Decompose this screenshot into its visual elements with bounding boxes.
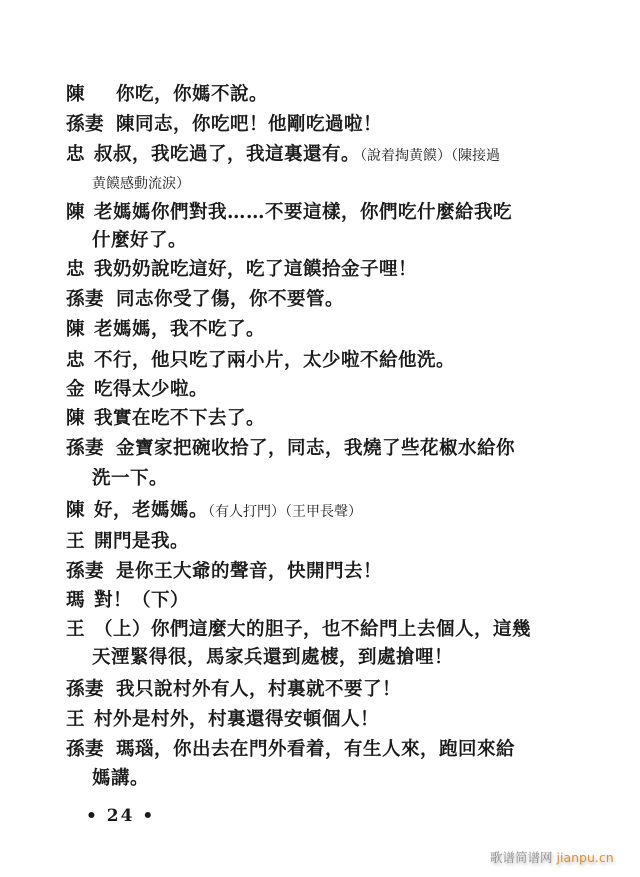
speech-continued: 洗一下。: [92, 467, 168, 491]
speech-continued: 什麼好了。: [92, 229, 187, 253]
speech-text: 你吃，你媽不說。: [116, 84, 268, 105]
dialogue-line: 陳老媽媽你們對我……不要這樣，你們吃什麼給我吃: [66, 201, 512, 225]
script-page: 陳你吃，你媽不說。 孫妻陳同志，你吃吧！他剛吃過啦！ 忠叔叔，我吃過了，我這裏還…: [0, 0, 640, 877]
dialogue-line: 王開門是我。: [66, 530, 189, 554]
speaker-name: 忠: [66, 349, 94, 373]
speech-text: 老媽媽，我不吃了。: [94, 319, 265, 340]
speaker-name: 金: [66, 378, 94, 402]
speaker-name: 陳: [66, 83, 116, 107]
speaker-name: 孫妻: [66, 738, 116, 762]
watermark-en: jianpu.cn: [557, 850, 614, 865]
speech-text: 我只說村外有人，村裏就不要了！: [116, 679, 401, 700]
dialogue-line: 忠叔叔，我吃過了，我這裏還有。（說着掏黄饃）（陳接過: [66, 143, 500, 168]
speech-text: 村外是村外，村裏還得安頓個人！: [94, 709, 379, 730]
speaker-name: 孫妻: [66, 560, 116, 584]
speech-text: 我實在吃不下去了。: [94, 408, 265, 429]
speech-text: 對！（下）: [94, 590, 189, 611]
watermark-cn: 歌谱简谱网: [490, 850, 553, 865]
speaker-name: 孫妻: [66, 437, 116, 461]
speech-text: 瑪瑙，你出去在門外看着，有生人來，跑回來給: [116, 739, 515, 760]
speaker-name: 孫妻: [66, 113, 116, 137]
speech-text: （上）你們這麼大的胆子，也不給門上去個人，這幾: [94, 619, 531, 640]
dialogue-line: 忠不行，他只吃了兩小片，太少啦不給他洗。: [66, 349, 455, 373]
dialogue-line: 孫妻瑪瑙，你出去在門外看着，有生人來，跑回來給: [66, 738, 515, 762]
speech-text: 不行，他只吃了兩小片，太少啦不給他洗。: [94, 350, 455, 371]
dialogue-line: 陳我實在吃不下去了。: [66, 407, 265, 431]
watermark: 歌谱简谱网jianpu.cn: [490, 848, 614, 866]
speaker-name: 陳: [66, 407, 94, 431]
stage-direction: （有人打門）（王甲長聲）: [208, 504, 362, 520]
speech-text: 吃得太少啦。: [94, 379, 208, 400]
speaker-name: 孫妻: [66, 288, 116, 312]
speaker-name: 忠: [66, 258, 94, 282]
dialogue-line: 忠我奶奶說吃這好，吃了這饃拾金子哩！: [66, 258, 417, 282]
speaker-name: 王: [66, 708, 94, 732]
speech-text: 是你王大爺的聲音，快開門去！: [116, 561, 382, 582]
stage-direction-continued: 黄饃感動流淚）: [92, 172, 190, 196]
dialogue-line: 孫妻我只說村外有人，村裏就不要了！: [66, 678, 401, 702]
speaker-name: 孫妻: [66, 678, 116, 702]
speaker-name: 陳: [66, 201, 94, 225]
dialogue-line: 陳好，老媽媽。（有人打門）（王甲長聲）: [66, 499, 362, 524]
dialogue-line: 王（上）你們這麼大的胆子，也不給門上去個人，這幾: [66, 618, 531, 642]
speaker-name: 陳: [66, 499, 94, 523]
stage-direction: （說着掏黄饃）（陳接過: [360, 148, 500, 164]
speaker-name: 王: [66, 618, 94, 642]
speaker-name: 瑪: [66, 589, 94, 613]
dialogue-line: 孫妻是你王大爺的聲音，快開門去！: [66, 560, 382, 584]
speaker-name: 王: [66, 530, 94, 554]
page-number: • 24 •: [86, 806, 155, 826]
dialogue-line: 孫妻金寶家把碗收拾了，同志，我燒了些花椒水給你: [66, 437, 515, 461]
dialogue-line: 孫妻陳同志，你吃吧！他剛吃過啦！: [66, 113, 382, 137]
dialogue-line: 孫妻同志你受了傷，你不要管。: [66, 288, 344, 312]
dialogue-line: 陳你吃，你媽不說。: [66, 83, 268, 107]
speech-text: 叔叔，我吃過了，我這裏還有。: [94, 144, 360, 165]
speech-text: 同志你受了傷，你不要管。: [116, 289, 344, 310]
speaker-name: 忠: [66, 143, 94, 167]
speech-text: 金寶家把碗收拾了，同志，我燒了些花椒水給你: [116, 438, 515, 459]
speech-text: 老媽媽你們對我……不要這樣，你們吃什麼給我吃: [94, 202, 512, 223]
speech-continued: 天湮緊得很，馬家兵還到處榩，到處搶哩！: [92, 646, 453, 670]
dialogue-line: 王村外是村外，村裏還得安頓個人！: [66, 708, 379, 732]
speech-text: 開門是我。: [94, 531, 189, 552]
speech-text: 好，老媽媽。: [94, 500, 208, 521]
speech-text: 陳同志，你吃吧！他剛吃過啦！: [116, 114, 382, 135]
speaker-name: 陳: [66, 318, 94, 342]
dialogue-line: 陳老媽媽，我不吃了。: [66, 318, 265, 342]
speech-continued: 媽講。: [92, 767, 149, 791]
dialogue-line: 金吃得太少啦。: [66, 378, 208, 402]
dialogue-line: 瑪對！（下）: [66, 589, 189, 613]
speech-text: 我奶奶說吃這好，吃了這饃拾金子哩！: [94, 259, 417, 280]
